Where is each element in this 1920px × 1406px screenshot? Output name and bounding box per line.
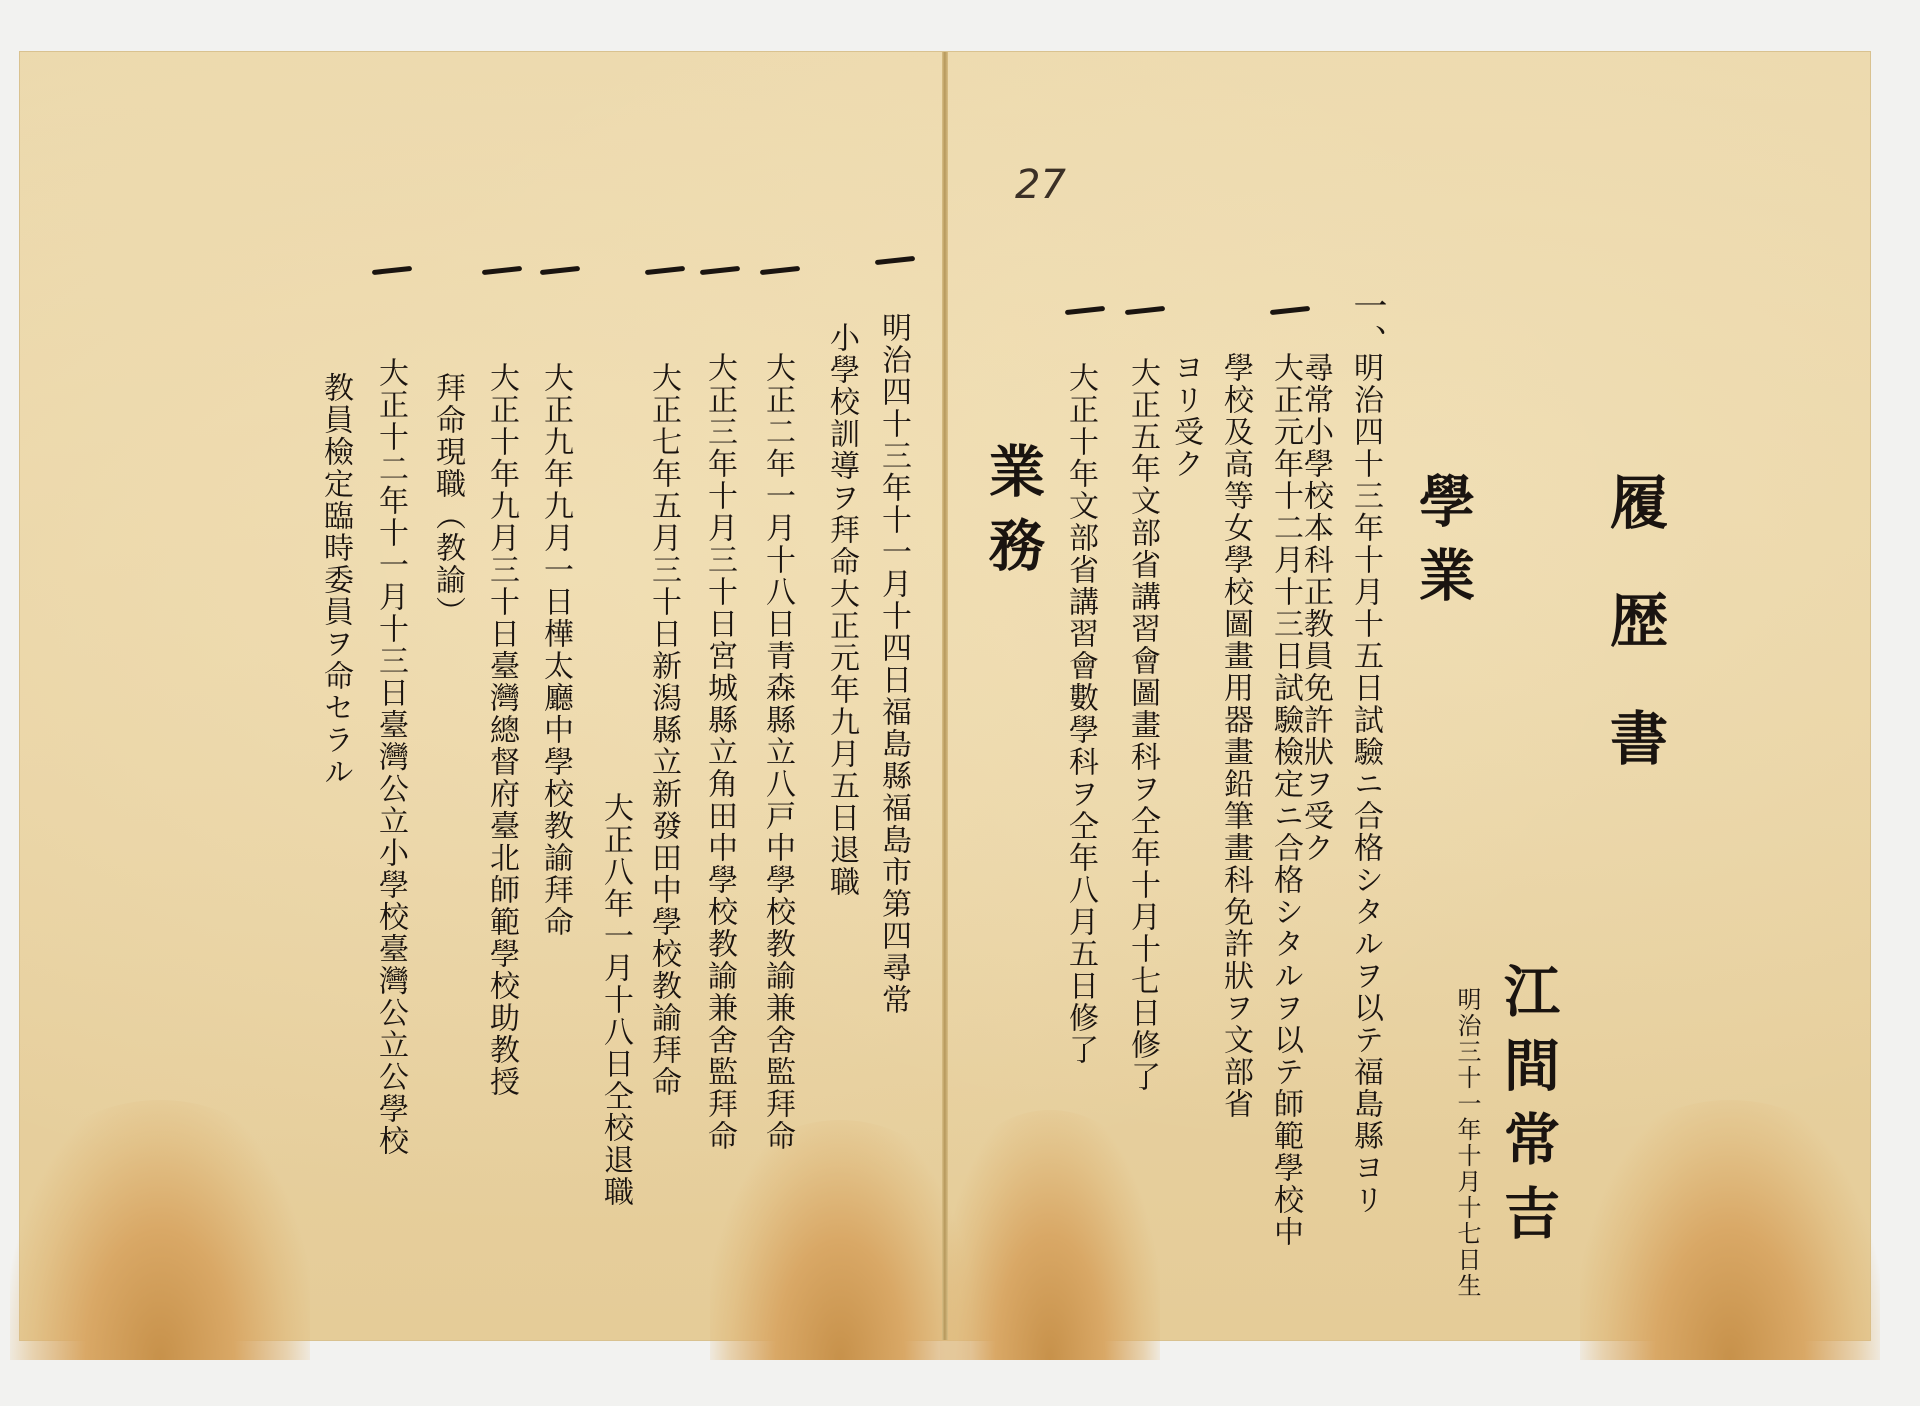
section-heading-education: 學業	[1415, 472, 1471, 620]
entry-bullet-dash	[875, 256, 915, 265]
entry-bullet-dash	[482, 266, 522, 275]
entry-bullet: 一、	[1350, 288, 1384, 360]
entry-bullet-dash	[700, 266, 740, 275]
section-heading-career: 業務	[985, 442, 1041, 590]
career-entry-4-line-1: 大正七年五月三十日新潟縣立新發田中學校教諭拜命	[648, 362, 678, 1098]
career-entry-4-line-2: 大正八年一月十八日仝校退職	[600, 792, 630, 1208]
entry-bullet-dash	[1125, 306, 1165, 315]
career-entry-6-line-2: 拜命現職（教諭）	[432, 372, 462, 628]
career-entry-2: 大正二年一月十八日青森縣立八戸中學校教諭兼舍監拜命	[762, 352, 792, 1152]
left-page: 明治四十三年十一月十四日福島縣福島市第四尋常 小學校訓導ヲ拜命大正元年九月五日退…	[20, 52, 945, 1340]
entry-bullet-dash	[645, 266, 685, 275]
education-entry-4: 大正十年文部省講習會數學科ヲ仝年八月五日修了	[1065, 362, 1095, 1066]
career-entry-6-line-1: 大正十年九月三十日臺灣總督府臺北師範學校助教授	[486, 362, 516, 1098]
education-entry-1-line-1: 明治四十三年十月十五日試驗ニ合格シタルヲ以テ福島縣ヨリ	[1350, 352, 1380, 1216]
career-entry-7-line-2: 教員檢定臨時委員ヲ命セラル	[320, 372, 350, 788]
career-entry-7-line-1: 大正十二年十一月十三日臺灣公立小學校臺灣公立公學校	[375, 357, 405, 1157]
right-page: 27 履歴書 江間常吉 明治三十一年十月十七日生 學業 一、 明治四十三年十月十…	[945, 52, 1870, 1340]
document-title: 履歴書	[1605, 472, 1663, 826]
applicant-birth-date: 明治三十一年十月十七日生	[1455, 987, 1479, 1299]
career-entry-1-line-2: 小學校訓導ヲ拜命大正元年九月五日退職	[826, 322, 856, 898]
entry-bullet-dash	[372, 266, 412, 275]
entry-bullet-dash	[1065, 306, 1105, 315]
entry-bullet-dash	[1270, 306, 1310, 315]
education-entry-2-line-1: 大正元年十二月十三日試驗檢定ニ合格シタルヲ以テ師範學校中	[1270, 352, 1300, 1248]
entry-bullet-dash	[760, 266, 800, 275]
career-entry-1-line-1: 明治四十三年十一月十四日福島縣福島市第四尋常	[878, 312, 908, 1016]
education-entry-2-line-3: ヨリ受ク	[1170, 352, 1200, 480]
education-entry-2-line-2: 學校及高等女學校圖畫用器畫鉛筆畫科免許狀ヲ文部省	[1220, 352, 1250, 1120]
career-entry-5: 大正九年九月一日樺太廳中學校教諭拜命	[540, 362, 570, 938]
education-entry-3: 大正五年文部省講習會圖畫科ヲ仝年十月十七日修了	[1127, 357, 1157, 1093]
applicant-name: 江間常吉	[1500, 962, 1556, 1258]
education-entry-1-line-2: 尋常小學校本科正教員免許狀ヲ受ク	[1300, 352, 1330, 864]
career-entry-3: 大正三年十月三十日宮城縣立角田中學校教諭兼舍監拜命	[704, 352, 734, 1152]
document-sheet: 27 履歴書 江間常吉 明治三十一年十月十七日生 學業 一、 明治四十三年十月十…	[20, 52, 1870, 1340]
entry-bullet-dash	[540, 266, 580, 275]
page-mark: 27	[1015, 162, 1066, 208]
